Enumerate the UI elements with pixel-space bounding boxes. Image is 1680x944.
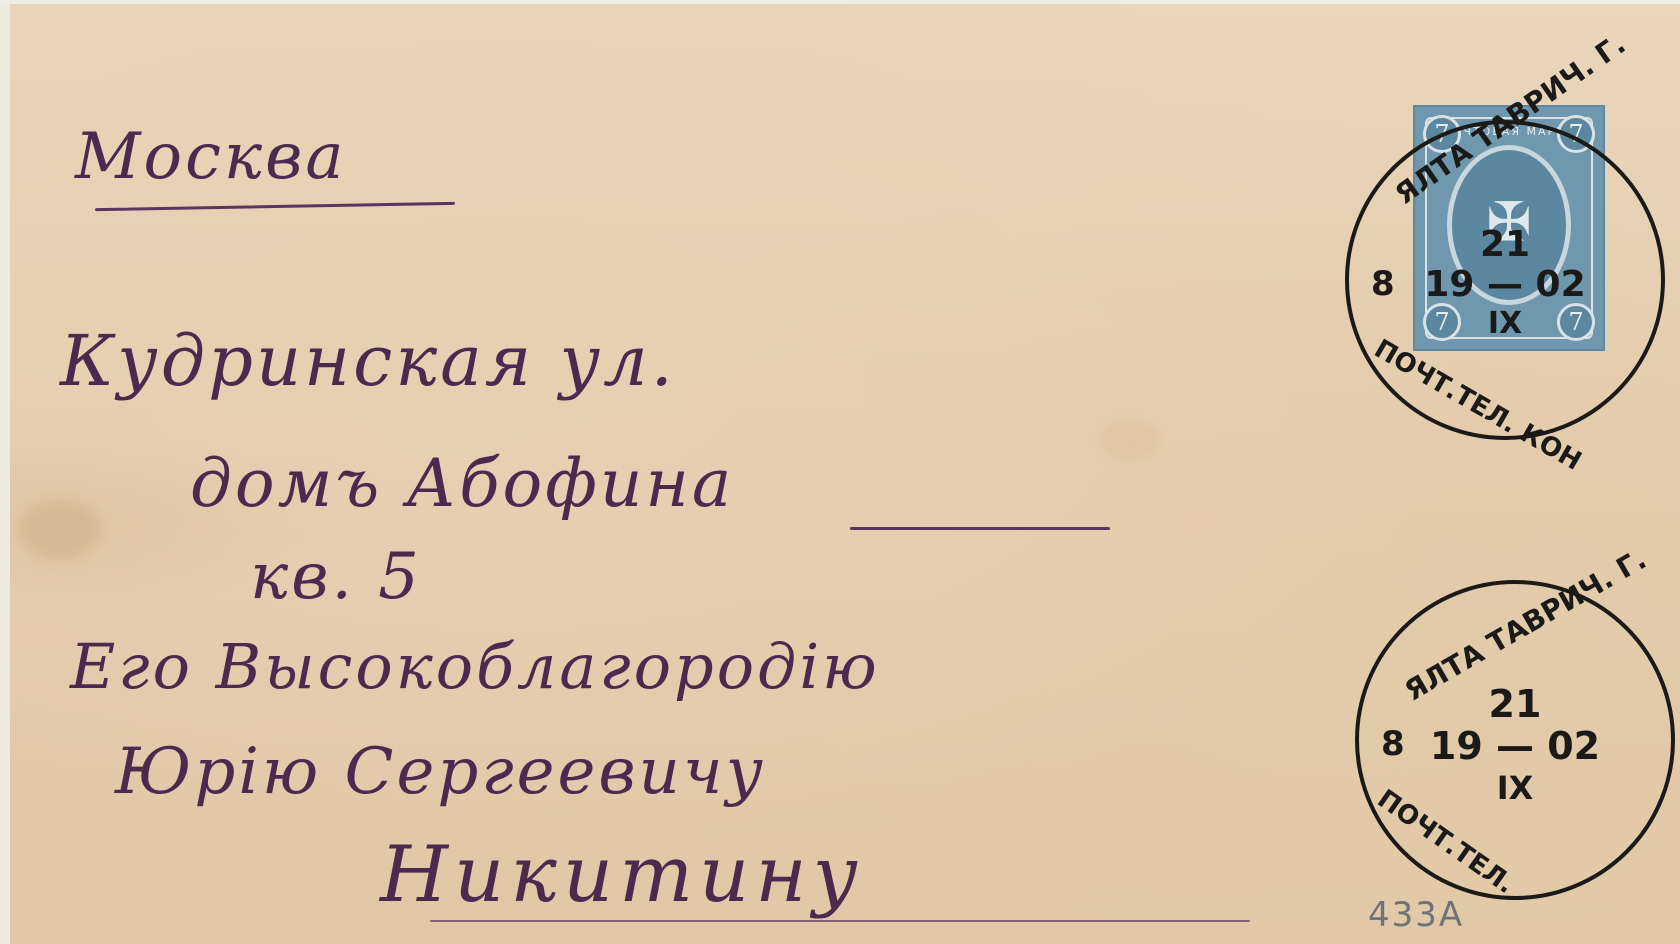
paper-stain: [1100, 420, 1160, 460]
address-surname: Никитину: [380, 830, 864, 920]
house-underline: [850, 527, 1110, 530]
postmark-year-left: 19: [1430, 724, 1483, 768]
postmark-month: IX: [1359, 769, 1671, 807]
address-first-names: Юрію Сергеевичу: [115, 735, 766, 809]
address-honorific: Его Высокоблагородію: [70, 630, 880, 703]
envelope-left-edge: [0, 0, 10, 944]
postmark-year: 19 — 02: [1349, 264, 1661, 305]
address-apartment: кв. 5: [250, 540, 422, 614]
postmark-day: 21: [1359, 682, 1671, 726]
address-city: Москва: [75, 120, 347, 194]
postmark-on-stamp: ЯЛТА ТАВРИЧ. Г. 8 ПОЧТ.ТЕЛ. КОН 21 19 — …: [1345, 120, 1665, 440]
envelope-top-edge: [0, 0, 1680, 4]
paper-stain: [20, 500, 100, 560]
postmark-year-left: 19: [1424, 264, 1474, 305]
surname-underline: [430, 920, 1250, 922]
postmark-day: 21: [1349, 224, 1661, 265]
postmark-bottom-text: ПОЧТ.ТЕЛ. КОН: [1369, 334, 1586, 477]
postmark-month: IX: [1349, 306, 1661, 341]
pencil-note: 433А: [1368, 895, 1464, 935]
address-house: домъ Абофина: [190, 445, 734, 522]
postmark-year: 19 — 02: [1359, 724, 1671, 768]
envelope: Москва Кудринская ул. домъ Абофина кв. 5…: [0, 0, 1680, 944]
postmark-year-right: 02: [1547, 724, 1600, 768]
city-underline: [95, 202, 455, 211]
postmark-year-right: 02: [1536, 264, 1586, 305]
address-street: Кудринская ул.: [60, 320, 676, 402]
postmark-lower-right: ЯЛТА ТАВРИЧ. Г. 8 ПОЧТ.ТЕЛ. 21 19 — 02 I…: [1355, 580, 1675, 900]
